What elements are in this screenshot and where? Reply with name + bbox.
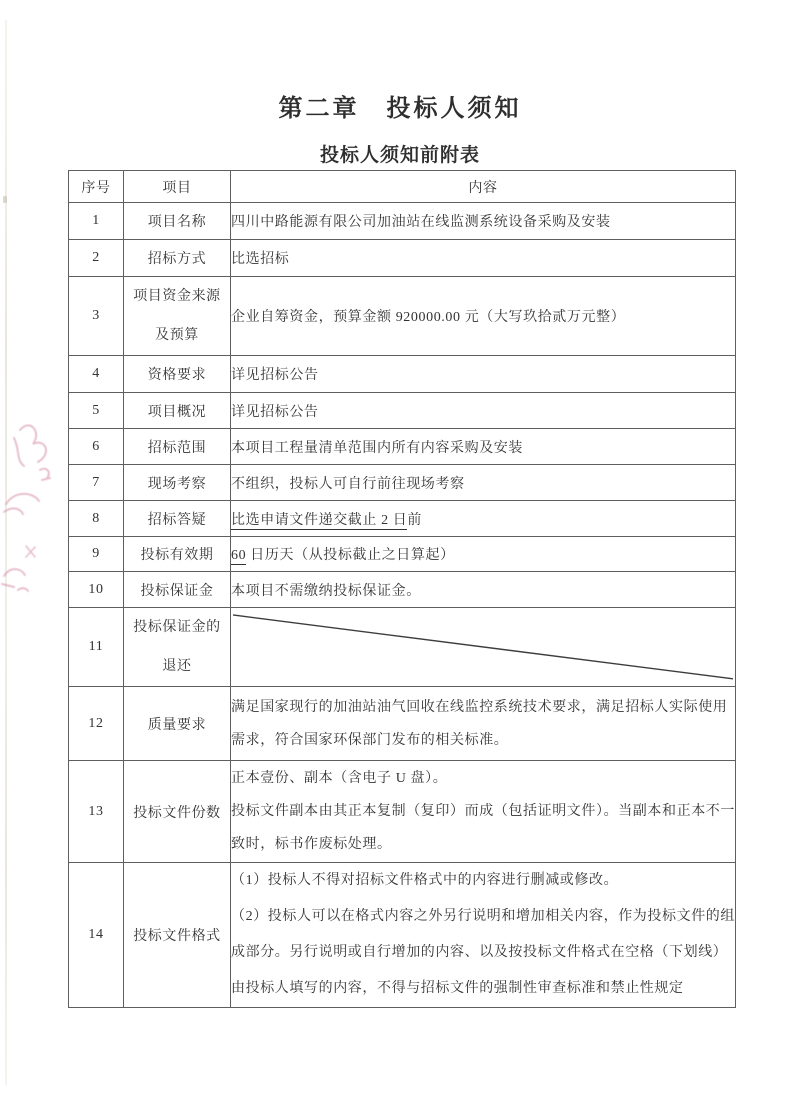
serial-cell: 1 <box>69 203 124 240</box>
table-row: 11 投标保证金的 退还 <box>69 608 736 687</box>
content-cell: 详见招标公告 <box>231 393 736 429</box>
table-row: 9 投标有效期 60 日历天（从投标截止之日算起） <box>69 537 736 572</box>
table-row: 12 质量要求 满足国家现行的加油站油气回收在线监控系统技术要求，满足招标人实际… <box>69 687 736 761</box>
content-paragraph: 正本壹份、副本（含电子 U 盘）。 <box>231 762 735 795</box>
table-row: 2 招标方式 比选招标 <box>69 240 736 277</box>
serial-cell: 2 <box>69 240 124 277</box>
serial-cell: 14 <box>69 863 124 1008</box>
bidder-notice-table: 序号 项目 内容 1 项目名称 四川中路能源有限公司加油站在线监测系统设备采购及… <box>68 170 736 1008</box>
item-cell: 招标范围 <box>124 429 231 465</box>
content-cell: 本项目工程量清单范围内所有内容采购及安装 <box>231 429 736 465</box>
underlined-text: 60 <box>231 548 246 565</box>
content-cell: 60 日历天（从投标截止之日算起） <box>231 537 736 572</box>
item-cell: 投标保证金的 退还 <box>124 608 231 687</box>
item-line: 投标保证金的 <box>124 608 230 647</box>
serial-cell: 8 <box>69 501 124 537</box>
content-paragraph: （1）投标人不得对招标文件格式中的内容进行删减或修改。 <box>231 863 735 899</box>
content-cell: 比选申请文件递交截止 2 日前 <box>231 501 736 537</box>
item-cell: 投标保证金 <box>124 572 231 608</box>
diagonal-strike-line <box>231 612 735 682</box>
content-cell: 正本壹份、副本（含电子 U 盘）。 投标文件副本由其正本复制（复印）而成（包括证… <box>231 761 736 863</box>
header-serial: 序号 <box>69 171 124 203</box>
table-title: 投标人须知前附表 <box>0 140 800 167</box>
content-cell: 四川中路能源有限公司加油站在线监测系统设备采购及安装 <box>231 203 736 240</box>
table-row: 5 项目概况 详见招标公告 <box>69 393 736 429</box>
content-paragraph: 投标文件副本由其正本复制（复印）而成（包括证明文件）。当副本和正本不一致时，标书… <box>231 795 735 861</box>
red-stamp-remnant <box>0 408 72 598</box>
serial-cell: 9 <box>69 537 124 572</box>
table-row: 13 投标文件份数 正本壹份、副本（含电子 U 盘）。 投标文件副本由其正本复制… <box>69 761 736 863</box>
table-row: 3 项目资金来源 及预算 企业自筹资金，预算金额 920000.00 元（大写玖… <box>69 277 736 356</box>
content-cell: 本项目不需缴纳投标保证金。 <box>231 572 736 608</box>
content-paragraph: （2）投标人可以在格式内容之外另行说明和增加相关内容，作为投标文件的组成部分。另… <box>231 899 735 1007</box>
serial-cell: 13 <box>69 761 124 863</box>
table-row: 1 项目名称 四川中路能源有限公司加油站在线监测系统设备采购及安装 <box>69 203 736 240</box>
item-cell: 投标文件份数 <box>124 761 231 863</box>
item-cell: 投标文件格式 <box>124 863 231 1008</box>
scan-edge-mark <box>3 196 7 203</box>
item-cell: 质量要求 <box>124 687 231 761</box>
serial-cell: 7 <box>69 465 124 501</box>
serial-cell: 3 <box>69 277 124 356</box>
table-row: 7 现场考察 不组织，投标人可自行前往现场考察 <box>69 465 736 501</box>
table-row: 6 招标范围 本项目工程量清单范围内所有内容采购及安装 <box>69 429 736 465</box>
serial-cell: 4 <box>69 356 124 393</box>
content-cell: 不组织，投标人可自行前往现场考察 <box>231 465 736 501</box>
content-cell: 比选招标 <box>231 240 736 277</box>
item-cell: 项目资金来源 及预算 <box>124 277 231 356</box>
plain-text: 日历天（从投标截止之日算起） <box>246 548 455 563</box>
serial-cell: 10 <box>69 572 124 608</box>
content-cell: 满足国家现行的加油站油气回收在线监控系统技术要求，满足招标人实际使用需求，符合国… <box>231 687 736 761</box>
content-cell: （1）投标人不得对招标文件格式中的内容进行删减或修改。 （2）投标人可以在格式内… <box>231 863 736 1008</box>
item-cell: 招标答疑 <box>124 501 231 537</box>
item-line: 项目资金来源 <box>124 277 230 316</box>
table-row: 8 招标答疑 比选申请文件递交截止 2 日前 <box>69 501 736 537</box>
content-cell: 企业自筹资金，预算金额 920000.00 元（大写玖拾贰万元整） <box>231 277 736 356</box>
serial-cell: 6 <box>69 429 124 465</box>
item-cell: 项目名称 <box>124 203 231 240</box>
item-cell: 现场考察 <box>124 465 231 501</box>
item-cell: 招标方式 <box>124 240 231 277</box>
plain-text: 前 <box>407 513 422 528</box>
item-line: 退还 <box>124 647 230 686</box>
item-cell: 项目概况 <box>124 393 231 429</box>
scan-page-edge-line <box>5 20 7 1085</box>
table-row: 4 资格要求 详见招标公告 <box>69 356 736 393</box>
serial-cell: 12 <box>69 687 124 761</box>
item-line: 及预算 <box>124 316 230 355</box>
table-row: 14 投标文件格式 （1）投标人不得对招标文件格式中的内容进行删减或修改。 （2… <box>69 863 736 1008</box>
scanned-document-page: 第二章 投标人须知 投标人须知前附表 序号 项目 内容 1 项目名称 四川中路能… <box>0 0 800 1115</box>
item-cell: 投标有效期 <box>124 537 231 572</box>
chapter-title: 第二章 投标人须知 <box>0 88 800 123</box>
content-cell-struck <box>231 608 736 687</box>
underlined-text: 比选申请文件递交截止 2 日 <box>231 513 407 530</box>
content-cell: 详见招标公告 <box>231 356 736 393</box>
table-header-row: 序号 项目 内容 <box>69 171 736 203</box>
header-item: 项目 <box>124 171 231 203</box>
item-cell: 资格要求 <box>124 356 231 393</box>
header-content: 内容 <box>231 171 736 203</box>
serial-cell: 5 <box>69 393 124 429</box>
table-row: 10 投标保证金 本项目不需缴纳投标保证金。 <box>69 572 736 608</box>
serial-cell: 11 <box>69 608 124 687</box>
